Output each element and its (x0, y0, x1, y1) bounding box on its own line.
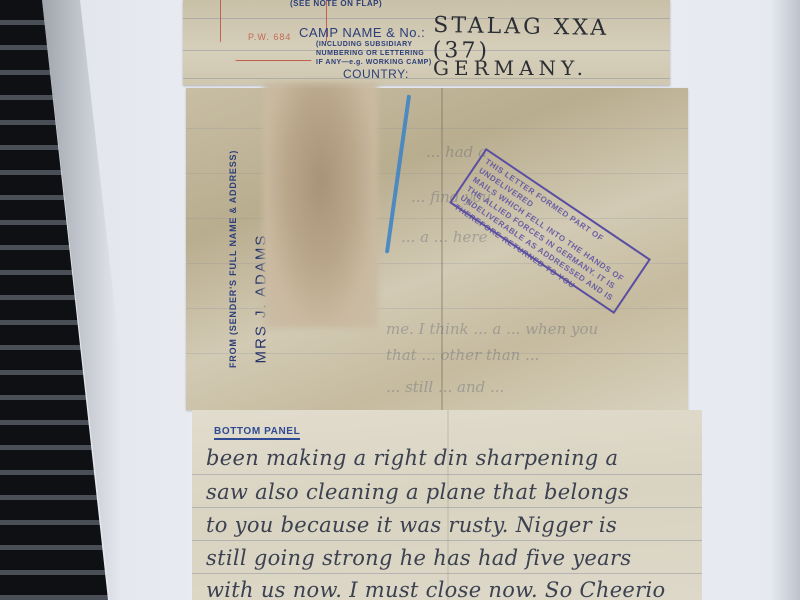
country-value: GERMANY. (433, 56, 588, 80)
bottom-panel-label: BOTTOM PANEL (214, 426, 300, 440)
camp-sublabel: (INCLUDING SUBSIDIARY NUMBERING OR LETTE… (316, 40, 432, 67)
camp-sublabel-line: (INCLUDING SUBSIDIARY (316, 40, 432, 49)
show-through-text: ... a ... here (401, 228, 487, 246)
handwriting-line: been making a right din sharpening a (206, 446, 618, 470)
from-label: FROM (SENDER'S FULL NAME & ADDRESS) (228, 118, 238, 368)
letter-middle-panel: ... had a ... find you ... a ... here me… (186, 88, 688, 410)
redacted-address-blur (263, 83, 378, 328)
letter-bottom-panel: BOTTOM PANEL been making a right din sha… (192, 410, 702, 600)
handwriting-line: to you because it was rusty. Nigger is (206, 513, 617, 537)
ruled-line (183, 78, 670, 79)
camp-label: CAMP NAME & No.: (299, 25, 425, 40)
flap-note: (SEE NOTE ON FLAP) (290, 0, 382, 8)
camp-sublabel-line: IF ANY—e.g. WORKING CAMP) (316, 58, 432, 67)
pw-code: P.W. 684 (248, 32, 291, 42)
show-through-text: me. I think ... a ... when you (386, 320, 598, 338)
show-through-text: ... still ... and ... (386, 378, 504, 396)
handwriting-line: still going strong he has had five years (206, 546, 631, 570)
camp-sublabel-line: NUMBERING OR LETTERING (316, 49, 432, 58)
country-label: COUNTRY: (343, 67, 409, 81)
wall-shadow (770, 0, 800, 600)
handwriting-line: with us now. I must close now. So Cheeri… (206, 578, 665, 600)
fold-crease (447, 410, 449, 600)
letter-top-flap: P.W. 684 (SEE NOTE ON FLAP) CAMP NAME & … (183, 0, 670, 85)
show-through-text: that ... other than ... (386, 346, 539, 364)
handwriting-line: saw also cleaning a plane that belongs (206, 480, 629, 504)
